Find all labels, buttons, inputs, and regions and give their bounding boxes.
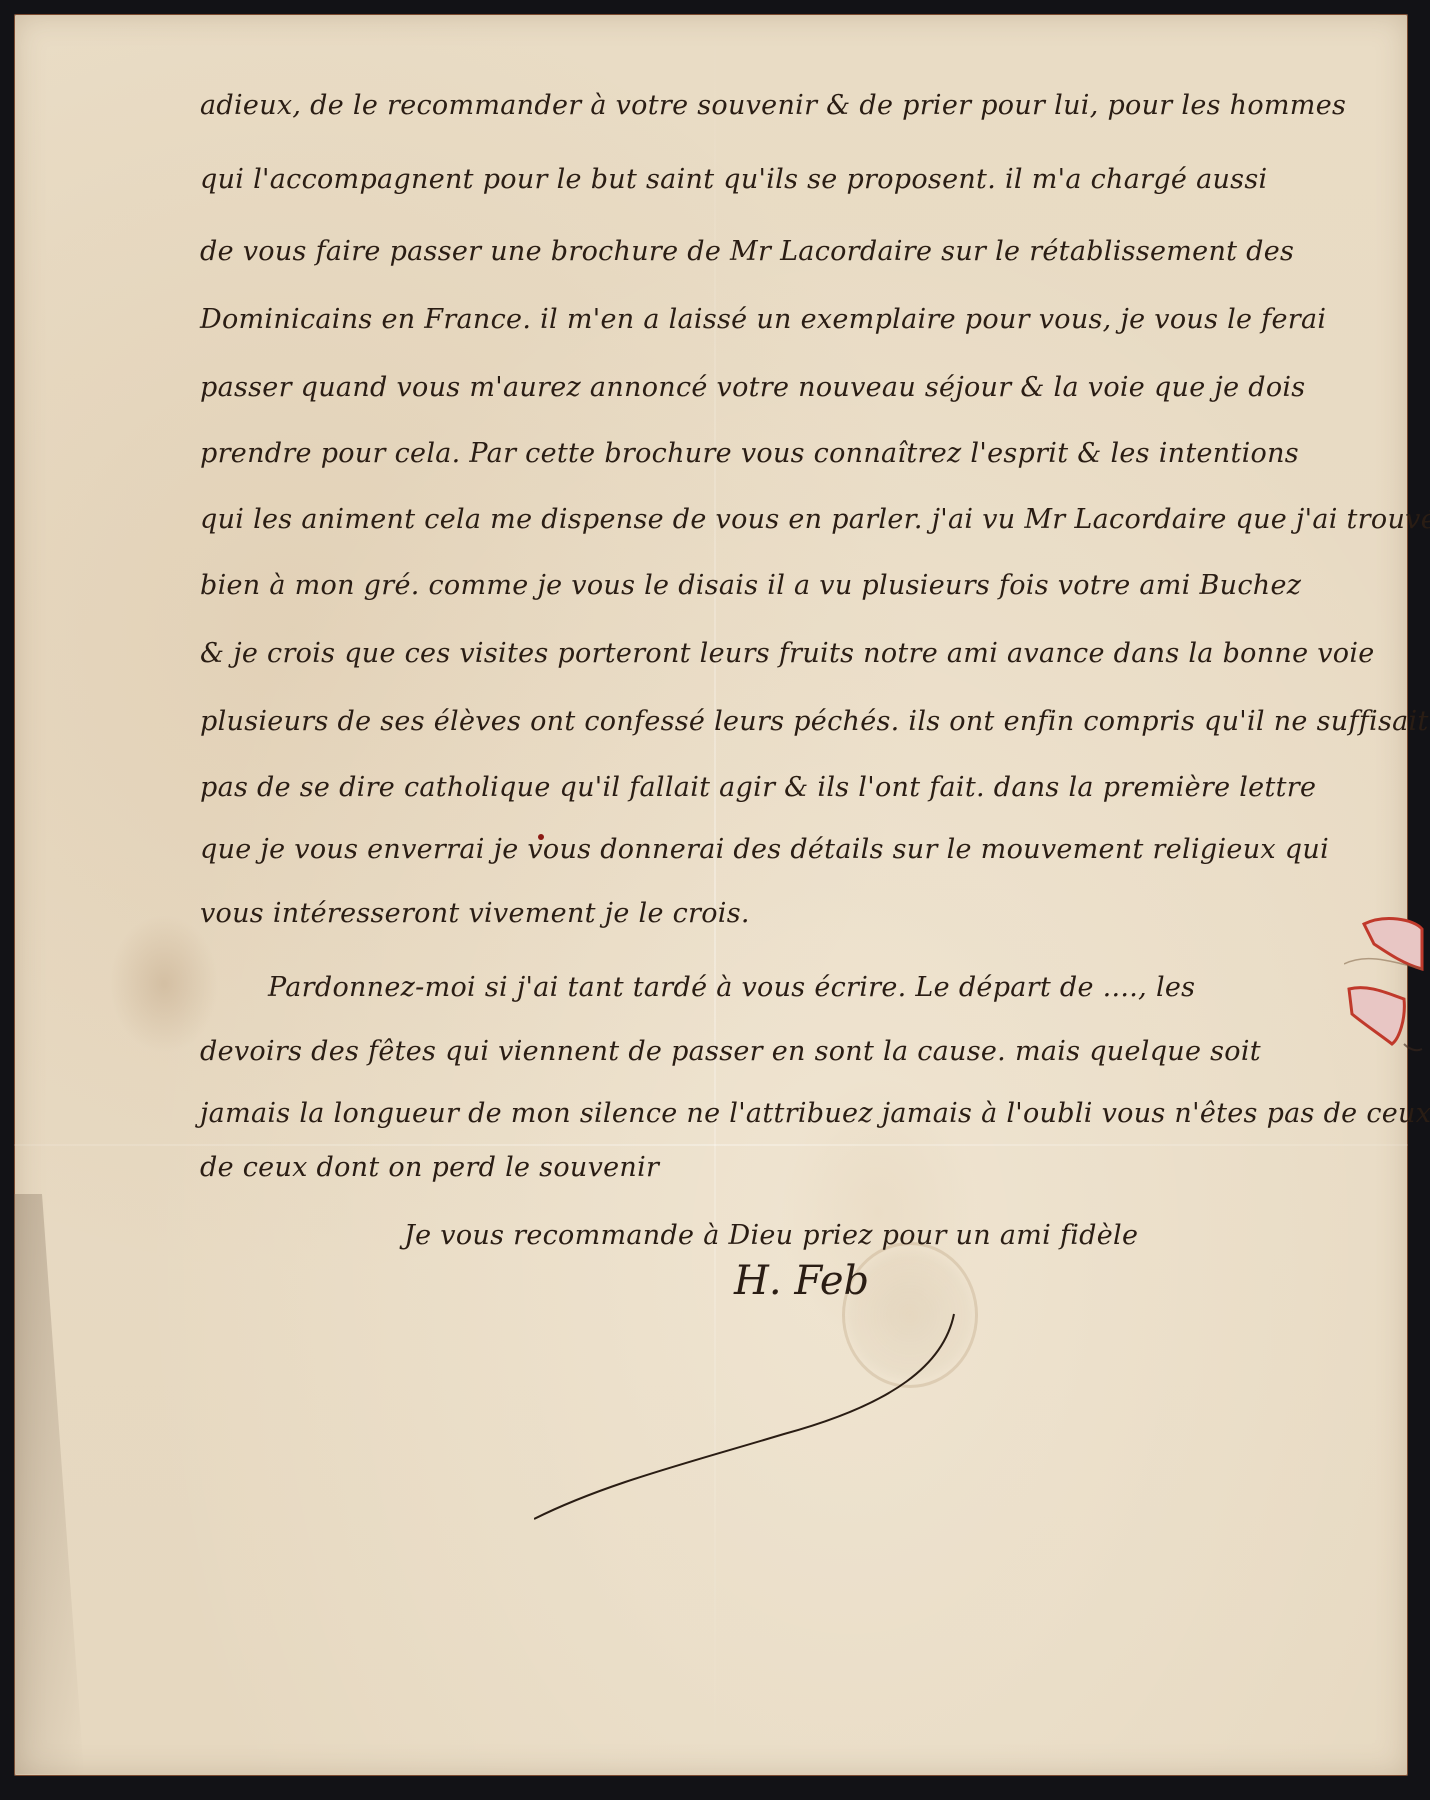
- paragraph2-line-2: devoirs des fêtes qui viennent de passer…: [200, 1036, 1261, 1067]
- scan-background: adieux, de le recommander à votre souven…: [0, 0, 1430, 1800]
- paragraph2-line-3: jamais la longueur de mon silence ne l'a…: [200, 1098, 1430, 1129]
- body-line-2: qui l'accompagnent pour le but saint qu'…: [200, 164, 1267, 195]
- body-line-13: vous intéresseront vivement je le crois.: [200, 898, 750, 929]
- body-line-8: bien à mon gré. comme je vous le disais …: [200, 570, 1301, 601]
- letter-page: adieux, de le recommander à votre souven…: [14, 14, 1408, 1776]
- closing-line: Je vous recommande à Dieu priez pour un …: [404, 1220, 1138, 1251]
- body-line-11: pas de se dire catholique qu'il fallait …: [200, 772, 1316, 803]
- body-line-12: que je vous enverrai je vous donnerai de…: [200, 834, 1329, 865]
- signature: H. Feb: [734, 1258, 869, 1304]
- paragraph2-line-1: Pardonnez-moi si j'ai tant tardé à vous …: [268, 972, 1195, 1003]
- body-line-1: adieux, de le recommander à votre souven…: [200, 90, 1346, 121]
- body-line-6: prendre pour cela. Par cette brochure vo…: [200, 438, 1299, 469]
- body-line-3: de vous faire passer une brochure de Mr …: [200, 236, 1294, 267]
- body-line-4: Dominicains en France. il m'en a laissé …: [200, 304, 1326, 335]
- body-line-5: passer quand vous m'aurez annoncé votre …: [200, 372, 1305, 403]
- body-line-9: & je crois que ces visites porteront leu…: [200, 638, 1375, 669]
- body-line-7: qui les animent cela me dispense de vous…: [200, 504, 1430, 535]
- signature-flourish: [534, 1304, 994, 1524]
- paragraph2-line-4: de ceux dont on perd le souvenir: [200, 1152, 659, 1183]
- body-line-10: plusieurs de ses élèves ont confessé leu…: [200, 706, 1429, 737]
